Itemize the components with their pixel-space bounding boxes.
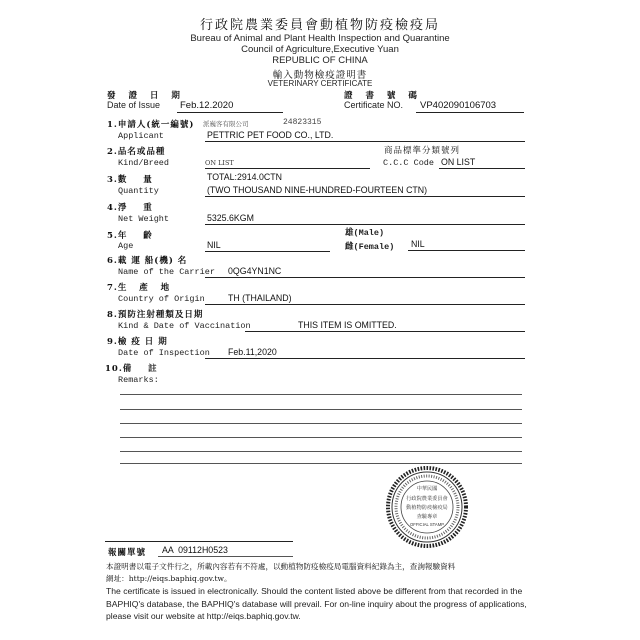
age-label: Age xyxy=(118,241,133,251)
ccc-label: C.C.C Code xyxy=(383,158,434,168)
quantity-label: Quantity xyxy=(118,186,159,196)
kind-label-cn: 2.品名或品種 xyxy=(107,145,165,157)
inspection-label: Date of Inspection xyxy=(118,348,210,358)
applicant-label-cn: 1.申請人(統一編號) xyxy=(107,118,194,130)
issue-date-underline xyxy=(177,112,283,113)
notice-en: The certificate is issued in electronica… xyxy=(106,585,536,623)
seal-line-3: 動植物防疫檢疫局 xyxy=(374,504,480,511)
kind-underline xyxy=(205,168,370,169)
kind-label: Kind/Breed xyxy=(118,158,169,168)
kind-value: ON LIST xyxy=(205,159,234,167)
vaccination-label: Kind & Date of Vaccination xyxy=(118,321,251,331)
weight-label: Net Weight xyxy=(118,214,169,224)
issue-date-label: Date of Issue xyxy=(107,100,160,110)
inspection-underline xyxy=(205,358,525,359)
carrier-underline xyxy=(205,277,525,278)
applicant-tax-id: 24823315 xyxy=(283,118,321,127)
weight-value: 5325.6KGM xyxy=(207,213,254,223)
remarks-line-5 xyxy=(120,451,522,452)
remarks-line-2 xyxy=(120,409,522,410)
inspection-value: Feb.11,2020 xyxy=(228,347,277,357)
remarks-label: Remarks: xyxy=(118,375,159,385)
issue-date-value: Feb.12.2020 xyxy=(180,100,233,111)
declaration-value: AA 09112H0523 xyxy=(162,545,228,555)
official-seal: 中華民國 行政院農業委員會 動植物防疫檢疫局 查驗專章 OFFICIAL STA… xyxy=(374,466,480,548)
sex-underline xyxy=(408,250,525,251)
seal-line-2: 行政院農業委員會 xyxy=(374,495,480,502)
quantity-label-cn: 3.數 量 xyxy=(107,173,153,185)
origin-value: TH (THAILAND) xyxy=(228,293,292,303)
weight-label-cn: 4.淨 重 xyxy=(107,201,153,213)
vaccination-value: THIS ITEM IS OMITTED. xyxy=(298,320,397,330)
ccc-underline xyxy=(439,168,525,169)
vaccination-underline xyxy=(245,331,525,332)
male-label: 雄(Male) xyxy=(345,226,384,238)
origin-label: Country of Origin xyxy=(118,294,205,304)
remarks-line-3 xyxy=(120,423,522,424)
carrier-value: 0QG4YN1NC xyxy=(228,266,281,276)
carrier-label-cn: 6.載 運 船(機) 名 xyxy=(107,254,187,266)
vaccination-label-cn: 8.預防注射種類及日期 xyxy=(107,308,203,320)
origin-label-cn: 7.生 產 地 xyxy=(107,281,170,293)
weight-underline xyxy=(205,224,525,225)
seal-line-4: 查驗專章 xyxy=(374,513,480,520)
seal-bottom-text: OFFICIAL STAMP xyxy=(374,522,480,527)
age-label-cn: 5.年 齡 xyxy=(107,229,153,241)
declaration-top-line xyxy=(105,541,293,542)
ccc-value: ON LIST xyxy=(441,157,475,167)
applicant-name-cn: 派巍客有限公司 xyxy=(203,119,249,128)
applicant-label: Applicant xyxy=(118,131,164,141)
quantity-underline xyxy=(205,196,525,197)
carrier-label: Name of the Carrier xyxy=(118,267,215,277)
remarks-line-6 xyxy=(120,463,522,464)
female-label: 雌(Female) xyxy=(345,240,394,252)
applicant-underline xyxy=(205,141,525,142)
sex-value: NIL xyxy=(411,239,425,249)
remarks-label-cn: 10.備 註 xyxy=(105,362,158,374)
remarks-line-1 xyxy=(120,394,522,395)
agency-title-en: Bureau of Animal and Plant Health Inspec… xyxy=(0,33,640,44)
cert-no-underline xyxy=(416,112,524,113)
declaration-label-cn: 報關單號 xyxy=(108,546,146,558)
cert-no-label: Certificate NO. xyxy=(344,100,403,110)
applicant-value: PETTRIC PET FOOD CO., LTD. xyxy=(207,130,333,140)
notice-cn-line-1: 本證明書以電子文件行之，所載內容若有不符處，以動植物防疫檢疫局電腦資料紀錄為主，… xyxy=(106,561,455,572)
inspection-label-cn: 9.檢 疫 日 期 xyxy=(107,335,168,347)
council-title: Council of Agriculture,Executive Yuan xyxy=(0,44,640,55)
country-title: REPUBLIC OF CHINA xyxy=(0,55,640,66)
cert-no-value: VP402090106703 xyxy=(420,100,496,111)
doc-title-en: VETERINARY CERTIFICATE xyxy=(0,79,640,88)
ccc-label-cn: 商品標準分類號列 xyxy=(384,144,460,156)
quantity-total: TOTAL:2914.0CTN xyxy=(207,172,282,182)
declaration-underline xyxy=(158,556,293,557)
quantity-words: (TWO THOUSAND NINE-HUNDRED-FOURTEEN CTN) xyxy=(207,185,427,195)
seal-line-1: 中華民國 xyxy=(374,485,480,492)
notice-cn-line-2: 網址：http://eiqs.baphiq.gov.tw。 xyxy=(106,573,232,584)
agency-title-cn: 行政院農業委員會動植物防疫檢疫局 xyxy=(0,14,640,33)
origin-underline xyxy=(205,304,525,305)
age-underline xyxy=(205,251,330,252)
age-value: NIL xyxy=(207,240,221,250)
remarks-line-4 xyxy=(120,437,522,438)
